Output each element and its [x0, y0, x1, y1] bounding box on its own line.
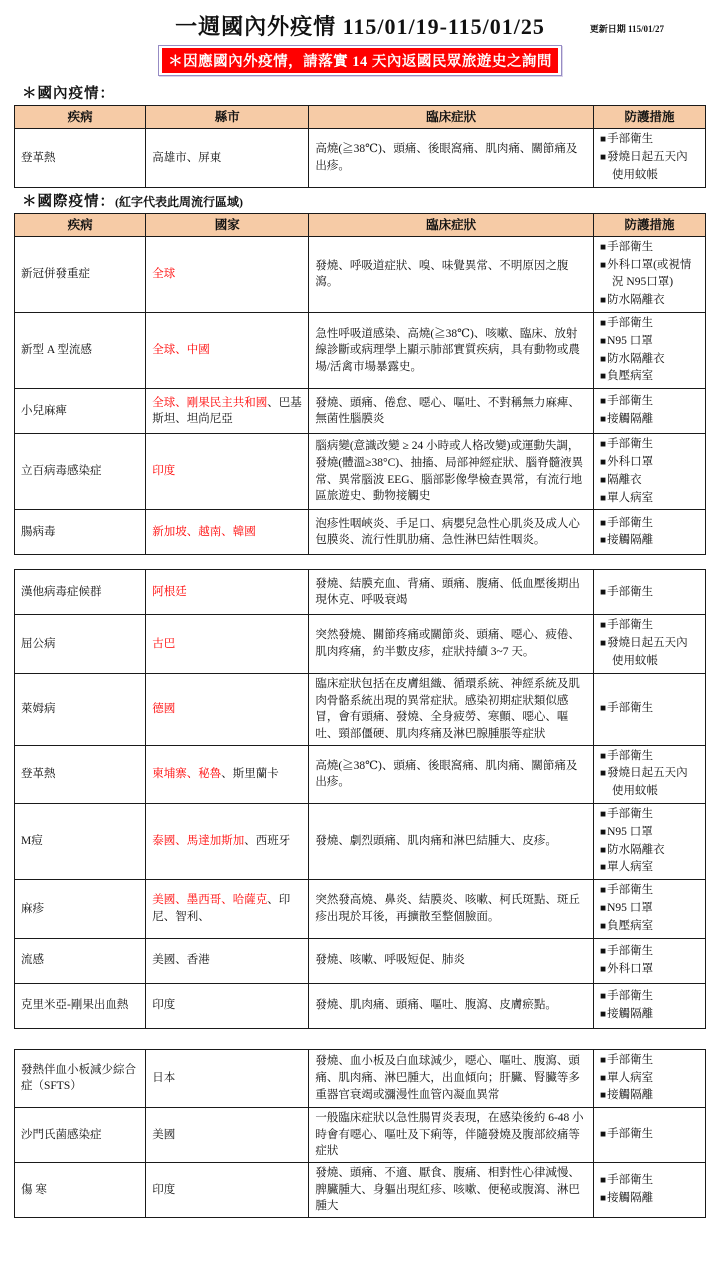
measure-item: ■手部衛生 — [600, 806, 699, 824]
measure-item: ■手部衛生 — [600, 617, 699, 635]
country-cell: 印度 — [146, 434, 309, 510]
domestic-table-container: 疾病縣市臨床症狀防護措施登革熱高雄市、屏東高燒(≧38℃)、頭痛、後眼窩痛、肌肉… — [14, 105, 706, 188]
black-square-icon: ■ — [600, 703, 606, 714]
country-segment: 印度 — [152, 999, 175, 1011]
measure-item: ■手部衛生 — [600, 700, 699, 718]
black-square-icon: ■ — [600, 1193, 606, 1204]
measures-cell: ■手部衛生■發燒日起五天內使用蚊帳 — [594, 129, 706, 187]
black-square-icon: ■ — [600, 396, 606, 407]
column-header-3: 防護措施 — [594, 213, 706, 236]
measure-item: ■手部衛生 — [600, 1172, 699, 1190]
table-gap — [14, 1031, 706, 1049]
black-square-icon: ■ — [600, 862, 606, 873]
country-cell: 德國 — [146, 673, 309, 745]
black-square-icon: ■ — [600, 439, 606, 450]
symptoms-cell: 高燒(≧38℃)、頭痛、後眼窩痛、肌肉痛、關節痛及出疹。 — [309, 129, 594, 187]
measure-label: 單人病室 — [607, 861, 653, 873]
measure-item: ■防水隔離衣 — [600, 351, 699, 369]
measure-item: ■接觸隔離 — [600, 1087, 699, 1105]
country-segment: 、斯里蘭卡 — [221, 768, 279, 780]
document-header: 一週國內外疫情 115/01/19-115/01/25 更新日期 115/01/… — [14, 6, 706, 41]
table-row: 流感美國、香港發燒、咳嗽、呼吸短促、肺炎■手部衛生■外科口罩 — [15, 938, 706, 983]
symptoms-cell: 泡疹性咽峽炎、手足口、病嬰兒急性心肌炎及成人心包膜炎、流行性肌肋痛、急性淋巴結性… — [309, 510, 594, 555]
disease-cell: 麻疹 — [15, 880, 146, 938]
measure-item: ■手部衛生 — [600, 239, 699, 257]
black-square-icon: ■ — [600, 1009, 606, 1020]
country-cell: 日本 — [146, 1049, 309, 1107]
country-cell: 美國、墨西哥、哈薩克、印尼、智利、 — [146, 880, 309, 938]
measure-item: ■防水隔離衣 — [600, 292, 699, 310]
black-square-icon: ■ — [600, 475, 606, 486]
measure-item: ■手部衛生 — [600, 584, 699, 602]
measure-label: 防水隔離衣 — [607, 353, 665, 365]
measures-cell: ■手部衛生■外科口罩(或視情況 N95口罩)■防水隔離衣 — [594, 236, 706, 312]
table-row: 登革熱高雄市、屏東高燒(≧38℃)、頭痛、後眼窩痛、肌肉痛、關節痛及出疹。■手部… — [15, 129, 706, 187]
disease-cell: 傷 寒 — [15, 1163, 146, 1218]
measure-item: ■手部衛生 — [600, 131, 699, 149]
symptoms-cell: 發燒、呼吸道症狀、嗅、味覺異常、不明原因之腹瀉。 — [309, 236, 594, 312]
country-segment-epidemic: 新加坡、越南、韓國 — [152, 526, 256, 538]
measure-item: ■負壓病室 — [600, 368, 699, 386]
measure-label: 手部衛生 — [607, 241, 653, 253]
notice-banner: ＊因應國內外疫情，請落實 14 天內返國民眾旅遊史之詢問 — [158, 45, 562, 76]
black-square-icon: ■ — [600, 134, 606, 145]
measure-item: ■單人病室 — [600, 490, 699, 508]
measure-item: ■接觸隔離 — [600, 1190, 699, 1208]
measure-label: 發燒日起五天內使用蚊帳 — [607, 151, 688, 181]
disease-cell: M痘 — [15, 804, 146, 880]
symptoms-cell: 發燒、劇烈頭痛、肌肉痛和淋巴結腫大、皮疹。 — [309, 804, 594, 880]
measure-label: 手部衛生 — [607, 395, 653, 407]
country-segment-epidemic: 美國、墨西哥、哈薩克 — [152, 894, 267, 906]
measures-cell: ■手部衛生■N95 口罩■防水隔離衣■單人病室 — [594, 804, 706, 880]
measures-cell: ■手部衛生■發燒日起五天內使用蚊帳 — [594, 615, 706, 673]
table-row: 立百病毒感染症印度腦病變(意識改變 ≥ 24 小時或人格改變)或運動失調，發燒(… — [15, 434, 706, 510]
table-row: 萊姆病德國臨床症狀包括在皮膚組織、循環系統、神經系統及肌肉骨骼系統出現的異常症狀… — [15, 673, 706, 745]
country-segment-epidemic: 阿根廷 — [152, 586, 187, 598]
table-row: 小兒麻痺全球、剛果民主共和國、巴基斯坦、坦尚尼亞發燒、頭痛、倦怠、噁心、嘔吐、不… — [15, 389, 706, 434]
measure-label: N95 口罩 — [607, 826, 653, 838]
measure-label: 手部衛生 — [607, 1128, 653, 1140]
black-square-icon: ■ — [600, 921, 606, 932]
black-square-icon: ■ — [600, 260, 606, 271]
measure-item: ■N95 口罩 — [600, 824, 699, 842]
black-square-icon: ■ — [600, 1090, 606, 1101]
update-date: 更新日期 115/01/27 — [590, 22, 664, 35]
symptoms-cell: 發燒、咳嗽、呼吸短促、肺炎 — [309, 938, 594, 983]
international-section-label: ＊國際疫情： — [22, 194, 115, 210]
measure-label: 手部衛生 — [607, 586, 653, 598]
black-square-icon: ■ — [600, 827, 606, 838]
country-segment: 日本 — [152, 1072, 175, 1084]
symptoms-cell: 發燒、結膜充血、背痛、頭痛、腹痛、低血壓後期出現休克、呼吸衰竭 — [309, 570, 594, 615]
country-segment-epidemic: 古巴 — [152, 638, 175, 650]
black-square-icon: ■ — [600, 493, 606, 504]
measure-item: ■手部衛生 — [600, 1052, 699, 1070]
measure-label: 手部衛生 — [607, 133, 653, 145]
table-row: 漢他病毒症候群阿根廷發燒、結膜充血、背痛、頭痛、腹痛、低血壓後期出現休克、呼吸衰… — [15, 570, 706, 615]
measure-item: ■接觸隔離 — [600, 411, 699, 429]
table-row: 登革熱柬埔寨、秘魯、斯里蘭卡高燒(≧38℃)、頭痛、後眼窩痛、肌肉痛、關節痛及出… — [15, 745, 706, 803]
measure-item: ■手部衛生 — [600, 943, 699, 961]
table-row: 腸病毒新加坡、越南、韓國泡疹性咽峽炎、手足口、病嬰兒急性心肌炎及成人心包膜炎、流… — [15, 510, 706, 555]
country-segment-epidemic: 全球、剛果民主共和國 — [152, 397, 267, 409]
black-square-icon: ■ — [600, 535, 606, 546]
measure-item: ■N95 口罩 — [600, 900, 699, 918]
measure-label: 手部衛生 — [607, 808, 653, 820]
black-square-icon: ■ — [600, 768, 606, 779]
country-segment-epidemic: 泰國、馬達加斯加 — [152, 835, 244, 847]
epidemic-table: 疾病縣市臨床症狀防護措施登革熱高雄市、屏東高燒(≧38℃)、頭痛、後眼窩痛、肌肉… — [14, 105, 706, 188]
measure-item: ■發燒日起五天內使用蚊帳 — [600, 149, 699, 185]
measure-item: ■接觸隔離 — [600, 1006, 699, 1024]
disease-cell: 腸病毒 — [15, 510, 146, 555]
disease-cell: 立百病毒感染症 — [15, 434, 146, 510]
measure-label: 手部衛生 — [607, 1174, 653, 1186]
measure-item: ■手部衛生 — [600, 315, 699, 333]
table-gap — [14, 557, 706, 569]
international-tables-container: 疾病國家臨床症狀防護措施新冠併發重症全球發燒、呼吸道症狀、嗅、味覺異常、不明原因… — [14, 213, 706, 1219]
measures-cell: ■手部衛生 — [594, 673, 706, 745]
symptoms-cell: 腦病變(意識改變 ≥ 24 小時或人格改變)或運動失調，發燒(體溫≥38°C)、… — [309, 434, 594, 510]
black-square-icon: ■ — [600, 414, 606, 425]
disease-cell: 沙門氏菌感染症 — [15, 1108, 146, 1163]
measure-item: ■手部衛生 — [600, 436, 699, 454]
measures-cell: ■手部衛生■接觸隔離 — [594, 510, 706, 555]
measure-item: ■手部衛生 — [600, 748, 699, 766]
country-cell: 柬埔寨、秘魯、斯里蘭卡 — [146, 745, 309, 803]
country-segment: 高雄市、屏東 — [152, 152, 221, 164]
black-square-icon: ■ — [600, 318, 606, 329]
country-cell: 全球、中國 — [146, 312, 309, 388]
measures-cell: ■手部衛生 — [594, 1108, 706, 1163]
measure-item: ■發燒日起五天內使用蚊帳 — [600, 765, 699, 801]
measure-label: N95 口罩 — [607, 902, 653, 914]
column-header-0: 疾病 — [15, 106, 146, 129]
country-cell: 全球 — [146, 236, 309, 312]
black-square-icon: ■ — [600, 242, 606, 253]
measure-label: 單人病室 — [607, 492, 653, 504]
symptoms-cell: 高燒(≧38℃)、頭痛、後眼窩痛、肌肉痛、關節痛及出疹。 — [309, 745, 594, 803]
country-segment-epidemic: 柬埔寨、秘魯 — [152, 768, 221, 780]
measure-item: ■手部衛生 — [600, 393, 699, 411]
black-square-icon: ■ — [600, 620, 606, 631]
country-segment: 美國、香港 — [152, 954, 210, 966]
symptoms-cell: 一般臨床症狀以急性腸胃炎表現，在感染後約 6-48 小時會有噁心、嘔吐及下痢等，… — [309, 1108, 594, 1163]
black-square-icon: ■ — [600, 587, 606, 598]
black-square-icon: ■ — [600, 1129, 606, 1140]
measure-item: ■隔離衣 — [600, 472, 699, 490]
epidemic-table: 疾病國家臨床症狀防護措施新冠併發重症全球發燒、呼吸道症狀、嗅、味覺異常、不明原因… — [14, 213, 706, 556]
measure-label: 手部衛生 — [607, 990, 653, 1002]
measure-label: 接觸隔離 — [607, 534, 653, 546]
black-square-icon: ■ — [600, 964, 606, 975]
column-header-2: 臨床症狀 — [309, 106, 594, 129]
measure-label: 防水隔離衣 — [607, 294, 665, 306]
column-header-1: 縣市 — [146, 106, 309, 129]
disease-cell: 登革熱 — [15, 129, 146, 187]
measures-cell: ■手部衛生■發燒日起五天內使用蚊帳 — [594, 745, 706, 803]
table-row: M痘泰國、馬達加斯加、西班牙發燒、劇烈頭痛、肌肉痛和淋巴結腫大、皮疹。■手部衛生… — [15, 804, 706, 880]
disease-cell: 屈公病 — [15, 615, 146, 673]
measure-label: 接觸隔離 — [607, 413, 653, 425]
country-cell: 新加坡、越南、韓國 — [146, 510, 309, 555]
table-row: 麻疹美國、墨西哥、哈薩克、印尼、智利、突然發高燒、鼻炎、結膜炎、咳嗽、柯氏斑點、… — [15, 880, 706, 938]
measure-label: 接觸隔離 — [607, 1192, 653, 1204]
table-row: 新冠併發重症全球發燒、呼吸道症狀、嗅、味覺異常、不明原因之腹瀉。■手部衛生■外科… — [15, 236, 706, 312]
document-page: 一週國內外疫情 115/01/19-115/01/25 更新日期 115/01/… — [0, 0, 720, 1218]
disease-cell: 新型 A 型流感 — [15, 312, 146, 388]
epidemic-table: 發熱伴血小板減少綜合症（SFTS）日本發燒、血小板及白血球減少，噁心、嘔吐、腹瀉… — [14, 1049, 706, 1218]
measure-item: ■負壓病室 — [600, 918, 699, 936]
measure-label: 手部衛生 — [607, 750, 653, 762]
country-segment-epidemic: 全球 — [152, 268, 175, 280]
page-title: 一週國內外疫情 115/01/19-115/01/25 — [175, 10, 545, 41]
measure-label: 手部衛生 — [607, 438, 653, 450]
country-cell: 古巴 — [146, 615, 309, 673]
table-row: 屈公病古巴突然發燒、關節疼痛或關節炎、頭痛、噁心、疲倦、肌肉疼痛，約半數皮疹，症… — [15, 615, 706, 673]
disease-cell: 發熱伴血小板減少綜合症（SFTS） — [15, 1049, 146, 1107]
symptoms-cell: 急性呼吸道感染、高燒(≧38℃)、咳嗽、臨床、放射線診斷或病理學上顯示肺部實質疾… — [309, 312, 594, 388]
measures-cell: ■手部衛生■接觸隔離 — [594, 389, 706, 434]
epidemic-table: 漢他病毒症候群阿根廷發燒、結膜充血、背痛、頭痛、腹痛、低血壓後期出現休克、呼吸衰… — [14, 569, 706, 1028]
table-row: 沙門氏菌感染症美國一般臨床症狀以急性腸胃炎表現，在感染後約 6-48 小時會有噁… — [15, 1108, 706, 1163]
measure-label: 手部衛生 — [607, 619, 653, 631]
country-cell: 阿根廷 — [146, 570, 309, 615]
notice-banner-text: ＊因應國內外疫情，請落實 14 天內返國民眾旅遊史之詢問 — [162, 48, 558, 73]
country-cell: 印度 — [146, 1163, 309, 1218]
measures-cell: ■手部衛生■外科口罩 — [594, 938, 706, 983]
disease-cell: 萊姆病 — [15, 673, 146, 745]
measure-label: N95 口罩 — [607, 335, 653, 347]
measure-label: 負壓病室 — [607, 370, 653, 382]
measure-item: ■手部衛生 — [600, 882, 699, 900]
measure-label: 手部衛生 — [607, 517, 653, 529]
measures-cell: ■手部衛生■N95 口罩■防水隔離衣■負壓病室 — [594, 312, 706, 388]
black-square-icon: ■ — [600, 946, 606, 957]
measure-label: 手部衛生 — [607, 317, 653, 329]
symptoms-cell: 發燒、血小板及白血球減少，噁心、嘔吐、腹瀉、頭痛、肌肉痛、淋巴腫大，出血傾向；肝… — [309, 1049, 594, 1107]
black-square-icon: ■ — [600, 751, 606, 762]
measure-label: 隔離衣 — [607, 474, 642, 486]
black-square-icon: ■ — [600, 457, 606, 468]
black-square-icon: ■ — [600, 1175, 606, 1186]
measure-label: 負壓病室 — [607, 920, 653, 932]
measure-item: ■外科口罩 — [600, 961, 699, 979]
symptoms-cell: 發燒、肌肉痛、頭痛、嘔吐、腹瀉、皮膚瘀點。 — [309, 983, 594, 1028]
symptoms-cell: 發燒、頭痛、不適、厭食、腹痛、相對性心律減慢、脾臟腫大、身軀出現紅疹、咳嗽、便秘… — [309, 1163, 594, 1218]
black-square-icon: ■ — [600, 518, 606, 529]
measure-item: ■發燒日起五天內使用蚊帳 — [600, 635, 699, 671]
measures-cell: ■手部衛生■接觸隔離 — [594, 983, 706, 1028]
measure-item: ■外科口罩(或視情況 N95口罩) — [600, 257, 699, 293]
black-square-icon: ■ — [600, 809, 606, 820]
table-row: 克里米亞-剛果出血熱印度發燒、肌肉痛、頭痛、嘔吐、腹瀉、皮膚瘀點。■手部衛生■接… — [15, 983, 706, 1028]
disease-cell: 漢他病毒症候群 — [15, 570, 146, 615]
table-header-row: 疾病縣市臨床症狀防護措施 — [15, 106, 706, 129]
country-segment: 美國 — [152, 1129, 175, 1141]
country-segment: 、西班牙 — [244, 835, 290, 847]
symptoms-cell: 發燒、頭痛、倦怠、噁心、嘔吐、不對稱無力麻痺、無菌性腦膜炎 — [309, 389, 594, 434]
measure-label: 發燒日起五天內使用蚊帳 — [607, 767, 688, 797]
disease-cell: 小兒麻痺 — [15, 389, 146, 434]
country-segment: 印度 — [152, 1184, 175, 1196]
disease-cell: 流感 — [15, 938, 146, 983]
measure-label: 接觸隔離 — [607, 1089, 653, 1101]
country-cell: 全球、剛果民主共和國、巴基斯坦、坦尚尼亞 — [146, 389, 309, 434]
table-row: 新型 A 型流感全球、中國急性呼吸道感染、高燒(≧38℃)、咳嗽、臨床、放射線診… — [15, 312, 706, 388]
black-square-icon: ■ — [600, 1073, 606, 1084]
measures-cell: ■手部衛生■單人病室■接觸隔離 — [594, 1049, 706, 1107]
measures-cell: ■手部衛生■N95 口罩■負壓病室 — [594, 880, 706, 938]
international-section-note: (紅字代表此周流行區域) — [115, 195, 243, 209]
country-cell: 印度 — [146, 983, 309, 1028]
measure-label: 單人病室 — [607, 1072, 653, 1084]
black-square-icon: ■ — [600, 991, 606, 1002]
country-cell: 美國、香港 — [146, 938, 309, 983]
measure-label: 手部衛生 — [607, 884, 653, 896]
measure-label: 手部衛生 — [607, 945, 653, 957]
symptoms-cell: 突然發高燒、鼻炎、結膜炎、咳嗽、柯氏斑點、斑丘疹出現於耳後，再擴散至整個臉面。 — [309, 880, 594, 938]
table-header-row: 疾病國家臨床症狀防護措施 — [15, 213, 706, 236]
column-header-3: 防護措施 — [594, 106, 706, 129]
measure-item: ■外科口罩 — [600, 454, 699, 472]
measure-item: ■單人病室 — [600, 1070, 699, 1088]
column-header-0: 疾病 — [15, 213, 146, 236]
measure-item: ■防水隔離衣 — [600, 842, 699, 860]
measure-label: 手部衛生 — [607, 1054, 653, 1066]
black-square-icon: ■ — [600, 638, 606, 649]
country-segment-epidemic: 全球、中國 — [152, 344, 210, 356]
table-row: 發熱伴血小板減少綜合症（SFTS）日本發燒、血小板及白血球減少，噁心、嘔吐、腹瀉… — [15, 1049, 706, 1107]
black-square-icon: ■ — [600, 845, 606, 856]
measures-cell: ■手部衛生 — [594, 570, 706, 615]
measure-label: 外科口罩(或視情況 N95口罩) — [607, 259, 691, 289]
country-cell: 高雄市、屏東 — [146, 129, 309, 187]
black-square-icon: ■ — [600, 152, 606, 163]
measure-item: ■接觸隔離 — [600, 532, 699, 550]
black-square-icon: ■ — [600, 885, 606, 896]
measure-label: 防水隔離衣 — [607, 844, 665, 856]
international-section-title: ＊國際疫情：(紅字代表此周流行區域) — [22, 190, 706, 211]
measure-item: ■單人病室 — [600, 859, 699, 877]
measure-label: 外科口罩 — [607, 456, 653, 468]
disease-cell: 新冠併發重症 — [15, 236, 146, 312]
symptoms-cell: 臨床症狀包括在皮膚組織、循環系統、神經系統及肌肉骨骼系統出現的異常症狀。感染初期… — [309, 673, 594, 745]
domestic-section-title: ＊國內疫情： — [22, 82, 706, 103]
measure-item: ■手部衛生 — [600, 1126, 699, 1144]
domestic-section-label: ＊國內疫情： — [22, 86, 115, 102]
measure-item: ■N95 口罩 — [600, 333, 699, 351]
measures-cell: ■手部衛生■外科口罩■隔離衣■單人病室 — [594, 434, 706, 510]
measure-item: ■手部衛生 — [600, 988, 699, 1006]
measure-label: 發燒日起五天內使用蚊帳 — [607, 637, 688, 667]
table-row: 傷 寒印度發燒、頭痛、不適、厭食、腹痛、相對性心律減慢、脾臟腫大、身軀出現紅疹、… — [15, 1163, 706, 1218]
black-square-icon: ■ — [600, 1055, 606, 1066]
measure-label: 接觸隔離 — [607, 1008, 653, 1020]
disease-cell: 克里米亞-剛果出血熱 — [15, 983, 146, 1028]
measure-item: ■手部衛生 — [600, 515, 699, 533]
disease-cell: 登革熱 — [15, 745, 146, 803]
measure-label: 外科口罩 — [607, 963, 653, 975]
country-cell: 泰國、馬達加斯加、西班牙 — [146, 804, 309, 880]
black-square-icon: ■ — [600, 354, 606, 365]
country-cell: 美國 — [146, 1108, 309, 1163]
black-square-icon: ■ — [600, 295, 606, 306]
black-square-icon: ■ — [600, 336, 606, 347]
country-segment-epidemic: 印度 — [152, 465, 175, 477]
black-square-icon: ■ — [600, 903, 606, 914]
symptoms-cell: 突然發燒、關節疼痛或關節炎、頭痛、噁心、疲倦、肌肉疼痛，約半數皮疹，症狀持續 3… — [309, 615, 594, 673]
measure-label: 手部衛生 — [607, 702, 653, 714]
black-square-icon: ■ — [600, 371, 606, 382]
column-header-2: 臨床症狀 — [309, 213, 594, 236]
country-segment-epidemic: 德國 — [152, 703, 175, 715]
measures-cell: ■手部衛生■接觸隔離 — [594, 1163, 706, 1218]
column-header-1: 國家 — [146, 213, 309, 236]
